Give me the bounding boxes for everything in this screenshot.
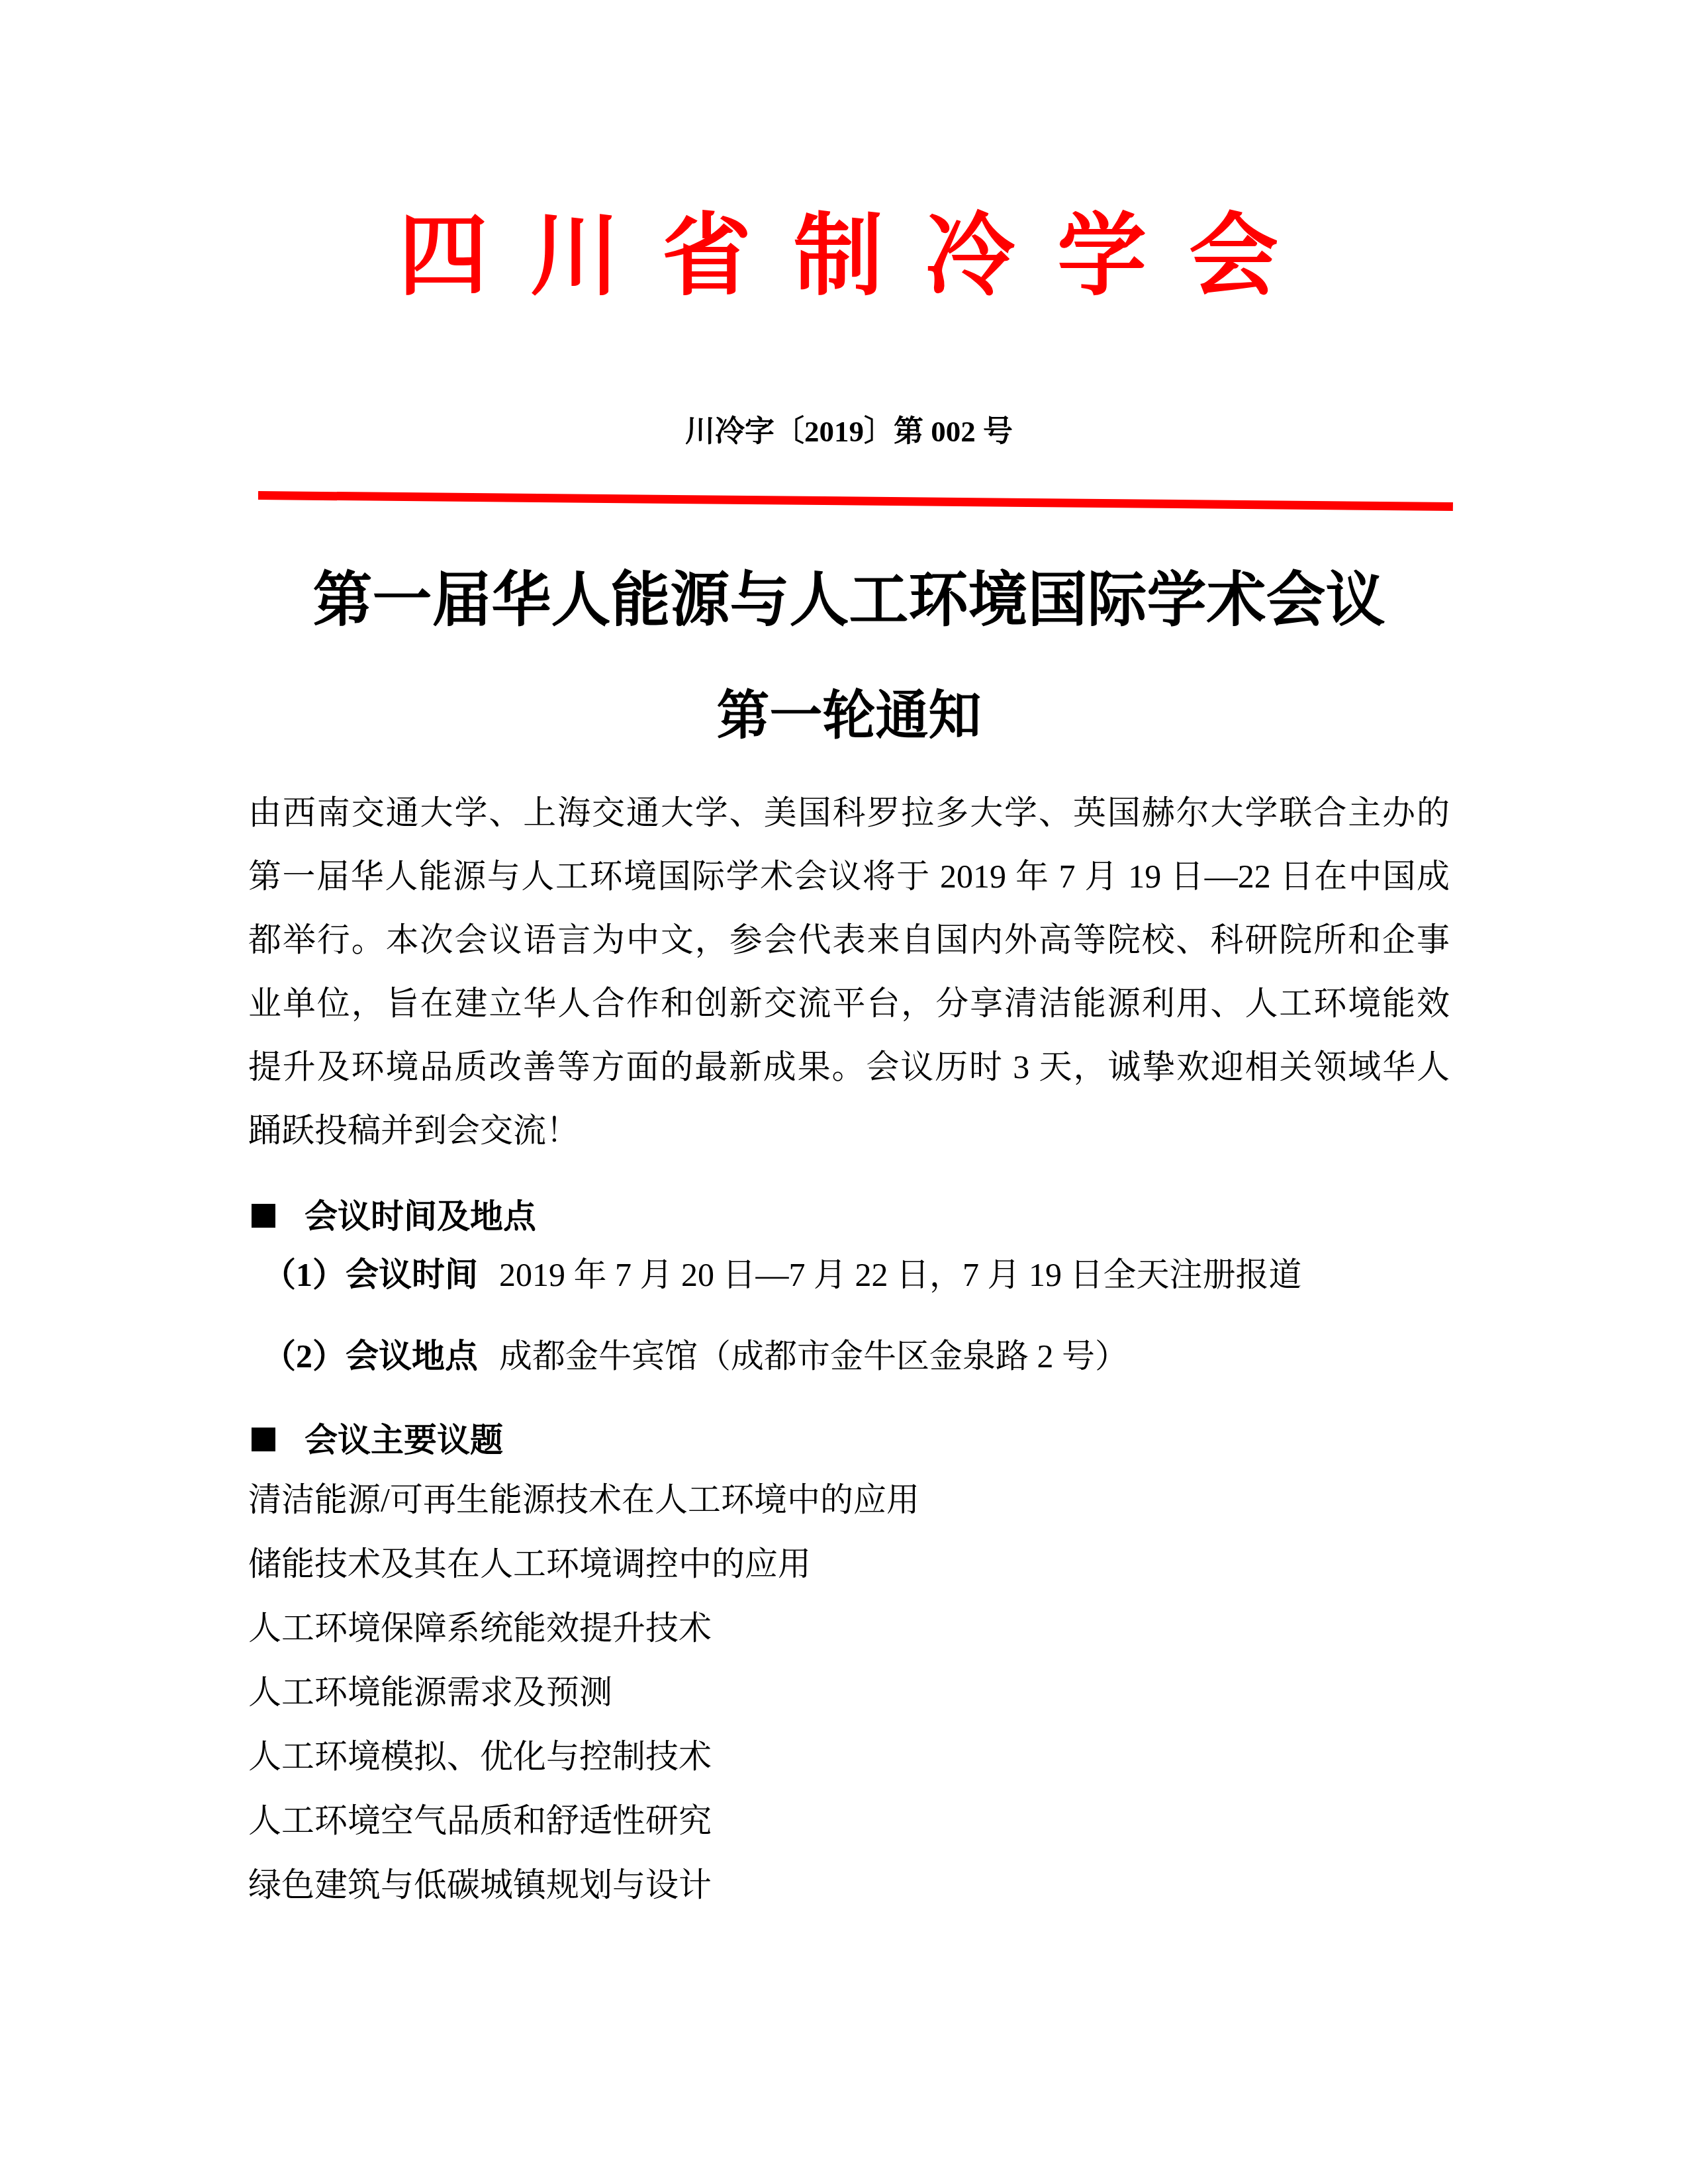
intro-line: 踊跃投稿并到会交流！ [248,1099,1450,1162]
section-heading-topics: 会议主要议题 [248,1408,1450,1472]
topic-item: 人工环境模拟、优化与控制技术 [248,1725,1450,1789]
section-heading-time-location: 会议时间及地点 [248,1185,1450,1248]
item-label: （2）会议地点 [263,1338,478,1375]
topic-item: 人工环境保障系统能效提升技术 [248,1596,1450,1661]
square-bullet-icon [252,1204,275,1228]
conference-title: 第一届华人能源与人工环境国际学术会议 [248,564,1450,639]
meeting-time-item: （1）会议时间2019 年 7 月 20 日—7 月 22 日，7 月 19 日… [248,1243,1450,1306]
topic-item: 人工环境能源需求及预测 [248,1661,1450,1725]
topic-item: 人工环境空气品质和舒适性研究 [248,1789,1450,1853]
topic-item: 清洁能源/可再生能源技术在人工环境中的应用 [248,1468,1450,1532]
item-value: 2019 年 7 月 20 日—7 月 22 日，7 月 19 日全天注册报道 [499,1256,1302,1293]
document-page: 四川省制冷学会 川冷字〔2019〕第 002 号 第一届华人能源与人工环境国际学… [0,0,1688,2184]
intro-line: 第一届华人能源与人工环境国际学术会议将于 2019 年 7 月 19 日—22 … [248,844,1450,908]
item-label: （1）会议时间 [263,1256,478,1293]
topic-item: 绿色建筑与低碳城镇规划与设计 [248,1853,1450,1917]
topic-item: 储能技术及其在人工环境调控中的应用 [248,1532,1450,1596]
intro-line: 由西南交通大学、上海交通大学、美国科罗拉多大学、英国赫尔大学联合主办的 [248,781,1450,844]
intro-line: 提升及环境品质改善等方面的最新成果。会议历时 3 天，诚挚欢迎相关领域华人 [248,1035,1450,1099]
document-number: 川冷字〔2019〕第 002 号 [248,412,1450,452]
notice-subtitle: 第一轮通知 [248,683,1450,749]
intro-line: 业单位，旨在建立华人合作和创新交流平台，分享清洁能源利用、人工环境能效 [248,972,1450,1035]
intro-line: 都举行。本次会议语言为中文，参会代表来自国内外高等院校、科研院所和企事 [248,908,1450,972]
intro-paragraph: 由西南交通大学、上海交通大学、美国科罗拉多大学、英国赫尔大学联合主办的 第一届华… [248,781,1450,1162]
square-bullet-icon [252,1428,275,1451]
section-heading-label: 会议主要议题 [305,1422,503,1459]
red-divider-line [258,491,1453,511]
organization-title: 四川省制冷学会 [248,204,1450,311]
meeting-location-item: （2）会议地点成都金牛宾馆（成都市金牛区金泉路 2 号） [248,1324,1450,1388]
topics-list: 清洁能源/可再生能源技术在人工环境中的应用 储能技术及其在人工环境调控中的应用 … [248,1468,1450,1917]
section-heading-label: 会议时间及地点 [305,1198,536,1235]
item-value: 成都金牛宾馆（成都市金牛区金泉路 2 号） [499,1338,1128,1375]
